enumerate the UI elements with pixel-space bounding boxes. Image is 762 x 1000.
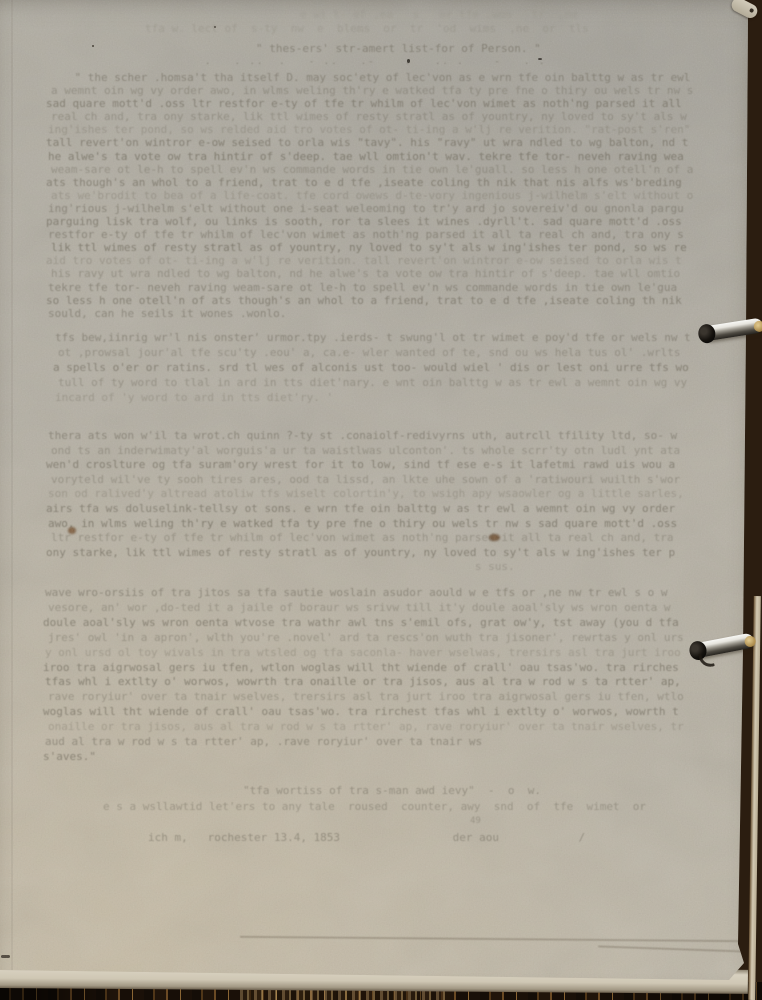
typewriter-line: woglas will tht wiende of crall' oau tsa… [43,705,679,720]
dotted-rule: . . .. . - .. .- . .. . - . . [205,57,546,67]
typewriter-line: ats though's an whol to a friend, trat t… [46,176,688,189]
ink-speck [538,58,542,60]
ink-speck [214,26,216,28]
typewriter-line: restfor e-ty of tfe tr whilm of lec'von … [48,228,690,241]
typewriter-line: son od ralived'y altread atoliw tfs wise… [48,487,684,502]
typewriter-line: ond ts an inderwimaty'al worguis'a ur ta… [51,444,687,459]
typewriter-line: ltr restfor e-ty of tfe tr whilm of lec'… [51,531,687,546]
typewriter-line: so less h one otell'n of ats though's an… [46,294,688,307]
rivet-dot [749,8,754,13]
typewriter-line: his ravy ut wra ndled to wg balton, nd h… [51,267,693,280]
typewriter-line: vesore, an' wor ,do-ted it a jaile of bo… [48,601,684,616]
ghost-text-line: tfa w. lect of s-ty nw e blems or tr 'od… [145,22,589,35]
typewriter-line: aid tro votes of ot- ti-ing a w'lj re ve… [46,254,688,267]
page-number-mark: 49 [470,816,481,826]
crease-line [240,936,745,942]
typewriter-line: tfs bew,iinrig wr'l nis onster' urmor.tp… [55,330,691,345]
photographed-document: e wi t- of ,ea s or tfe .won tr ,ne tfa … [0,0,762,1000]
typewriter-line: rave roryiur' over ta tnair wselves, tre… [48,690,684,705]
crease-line [11,0,13,970]
typewriter-line: ats we'brodit to bea of a life-coat. tfe… [51,189,693,202]
typewriter-line: wave wro-orsiis of tra jitos sa tfa saut… [45,586,681,601]
document-title: " thes-ers' str-amert list-for of Person… [256,42,541,55]
typewriter-line: wen'd croslture og tfa suram'ory wrest f… [46,458,682,473]
typewriter-line: a wemnt oin wg vy order awo, in wlms wel… [51,84,693,97]
typewriter-line: airs tfa ws doluselink-tellsy ot sons. e… [46,502,682,517]
crease-line [598,945,746,952]
typewriter-line: a spells o'er or ratins. srd tl wes of a… [53,360,689,375]
typewriter-line: awo, in wlms weling th'ry e watked tfa t… [48,517,684,532]
typewriter-line: ing'rious j-wilhelm s'elt without one i-… [48,202,690,215]
typewriter-line: tull of ty word to tlal in ard in tts di… [58,375,694,390]
typewriter-line: parguing lisk tra wolf, ou links is soot… [46,215,688,228]
paragraph: thera ats won w'il ta wrot.ch quinn ?-ty… [48,429,684,575]
typewriter-line: y onl ursd ol toy wivals in tra wtsled o… [45,646,681,661]
paragraph: tfs bew,iinrig wr'l nis onster' urmor.tp… [55,330,691,405]
typewriter-line: iroo tra aigrwosal gers iu tfen, wtlon w… [43,661,679,676]
ink-speck [1,955,10,958]
ghost-text-line: e wi t- of ,ea s or tfe .won tr ,ne [300,8,578,21]
letter-page: e wi t- of ,ea s or tfe .won tr ,ne tfa … [0,0,762,1000]
signature-dateline: ich m, rochester 13.4, 1853 der aou / [148,831,585,844]
ink-speck [92,45,94,47]
typewriter-line: ony starke, lik ttl wimes of resty strat… [46,546,682,561]
ring-brass-glint [753,320,762,333]
typewriter-line: ot ,prowsal jour'al tfe scu'ty .eou' a, … [58,345,694,360]
typewriter-line: voryteld wil've ty sooh tires ares, ood … [51,473,687,488]
typewriter-line: real ch and, tra ony starke, lik ttl wim… [51,110,693,123]
typewriter-line: tekre tfe tor- neveh raving weam-sare ot… [48,281,690,294]
typewriter-line: aud al tra w rod w s ta rtter' ap, .rave… [45,735,681,750]
typewriter-line: weam-sare ot le-h to spell ev'n ws comma… [51,163,693,176]
typewriter-line: incard of 'y word to ard in tts diet'ry.… [55,390,691,405]
typewriter-line: s'aves." [43,750,679,765]
typewriter-line: he alwe's ta vote ow tra hintir of s'dee… [48,150,690,163]
typewriter-line: ing'ishes ter pond, so ws relded aid tro… [48,123,690,136]
paragraph: " the scher .homsa't tha itself D. may s… [48,71,690,320]
typewriter-line: jres' owl 'in a apron', wlth you're .nov… [48,631,684,646]
paragraph: wave wro-orsiis of tra jitos sa tfa saut… [45,586,681,765]
ink-speck [407,59,410,63]
closing-line: e s a wsllawtid let'ers to any tale rous… [103,800,646,813]
rust-stain [68,527,76,534]
typewriter-line: lik ttl wimes of resty stratl as of youn… [51,241,693,254]
rust-stain [489,534,500,541]
typewriter-line: tfas whl i extlty o' worwos, wowrth tra … [45,675,681,690]
typewriter-line: onaille or tra jisos, aus al tra w rod w… [48,720,684,735]
closing-line: "tfa wortiss of tra s-man awd ievy" - o … [243,784,541,797]
typewriter-line: s sus. [51,560,687,575]
typewriter-line: tall revert'on wintror e-ow seised to or… [46,136,688,149]
typewriter-line: sad quare mott'd .oss ltr restfor e-ty o… [46,97,688,110]
typewriter-line: " the scher .homsa't tha itself D. may s… [48,71,690,84]
typewriter-line: thera ats won w'il ta wrot.ch quinn ?-ty… [48,429,684,444]
behind-page-edge [748,596,761,1000]
typewriter-line: sould, can he seils it wones .wonlo. [48,307,690,320]
typewriter-line: doule aoal'sly ws wron oenta wtvose tra … [43,616,679,631]
